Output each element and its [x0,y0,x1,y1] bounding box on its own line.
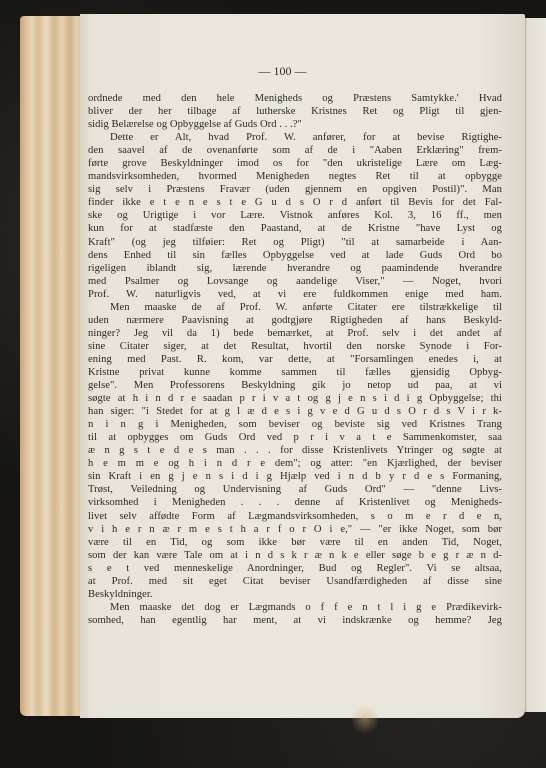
text-line: rigeligen iblandt sig, lærende hverandre… [88,262,502,275]
text-line: søgte at h i n d r e saadan p r i v a t … [88,392,502,405]
text-line: æ n g s t e d e s man . . . for disse Kr… [88,444,502,457]
text-line: være til en Tid, og som ikke bør være ti… [88,536,502,549]
text-line: ening med Past. R. kom, var dette, at "F… [88,353,502,366]
text-line: Beskyldninger. [88,588,502,601]
text-line: Prof. W. naturligvis ved, at vi ere fuld… [88,288,502,301]
text-line: Men maaske det dog er Lægmands o f f e n… [88,601,502,614]
text-line: han siger: "i Stedet for at g l æ d e s … [88,405,502,418]
text-line: som der kan være Tale om at i n d s k r … [88,549,502,562]
page-stack-edges [20,16,82,716]
next-page-edge [525,18,546,712]
page-body-text: ordnede med den hele Menigheds og Præste… [88,92,502,627]
text-line: gelse". Men Professorens Beskyldning gik… [88,379,502,392]
text-line: h e m m e og h i n d r e dem"; og atter:… [88,457,502,470]
text-line: Trøst, Veiledning og Undervisning af Gud… [88,483,502,496]
text-line: sine Citater siger, at det Resultat, hvo… [88,340,502,353]
text-line: sig selv i Præstens Fravær (uden gjennem… [88,183,502,196]
text-line: med Psalmer og Lovsange og aandelige Vis… [88,275,502,288]
text-line: kun for at stadfæste den Paastand, at de… [88,222,502,235]
text-line: Dette er Alt, hvad Prof. W. anfører, for… [88,131,502,144]
text-line: Kristne privat kunne komme sammen til fæ… [88,366,502,379]
text-line: ske og Urigtige i vor Lære. Vistnok anfø… [88,209,502,222]
page-number: — 100 — [60,64,505,79]
text-line: ordnede med den hele Menigheds og Præste… [88,92,502,105]
text-line: livet selv affødte Form af Lægmandsvirks… [88,510,502,523]
text-line: virksomhed i Menigheden . . . denne af K… [88,496,502,509]
text-line: at Prof. med sit eget Citat beviser Usan… [88,575,502,588]
text-line: finder ikke e t e n e s t e G u d s O r … [88,196,502,209]
text-line: somhed, han egentlig har ment, at vi ind… [88,614,502,627]
text-line: sidig Belærelse og Opbyggelse af Guds Or… [88,118,502,131]
text-line: den saavel af de ovenanførte som af de i… [88,144,502,157]
text-line: Kraft" (og jeg tilføier: Ret og Pligt) "… [88,236,502,249]
text-line: sin Kraft i en g j e n s i d i g Hjælp v… [88,470,502,483]
text-line: mandsvirksomheden, hvormed Menigheden ne… [88,170,502,183]
text-line: ninger? Jeg vil da 1) bede bemærket, at … [88,327,502,340]
text-line: s e t ved menneskelige Anordninger, Bud … [88,562,502,575]
text-line: til at opbygges om Guds Ord ved p r i v … [88,431,502,444]
text-line: førte grove Beskyldninger imod os for "d… [88,157,502,170]
text-line: dens Enhed til sin fælles Opbyggelse ved… [88,249,502,262]
text-line: v i h e r n æ r m e s t h a r f o r O i … [88,523,502,536]
text-line: bliver der her tilbage af lutherske Kris… [88,105,502,118]
paper-stain [350,704,380,734]
text-line: Men maaske de af Prof. W. anførte Citate… [88,301,502,314]
text-line: uden nærmere Paavisning at godtgjøre Rig… [88,314,502,327]
text-line: n i n g i Menigheden, som beviser og bev… [88,418,502,431]
